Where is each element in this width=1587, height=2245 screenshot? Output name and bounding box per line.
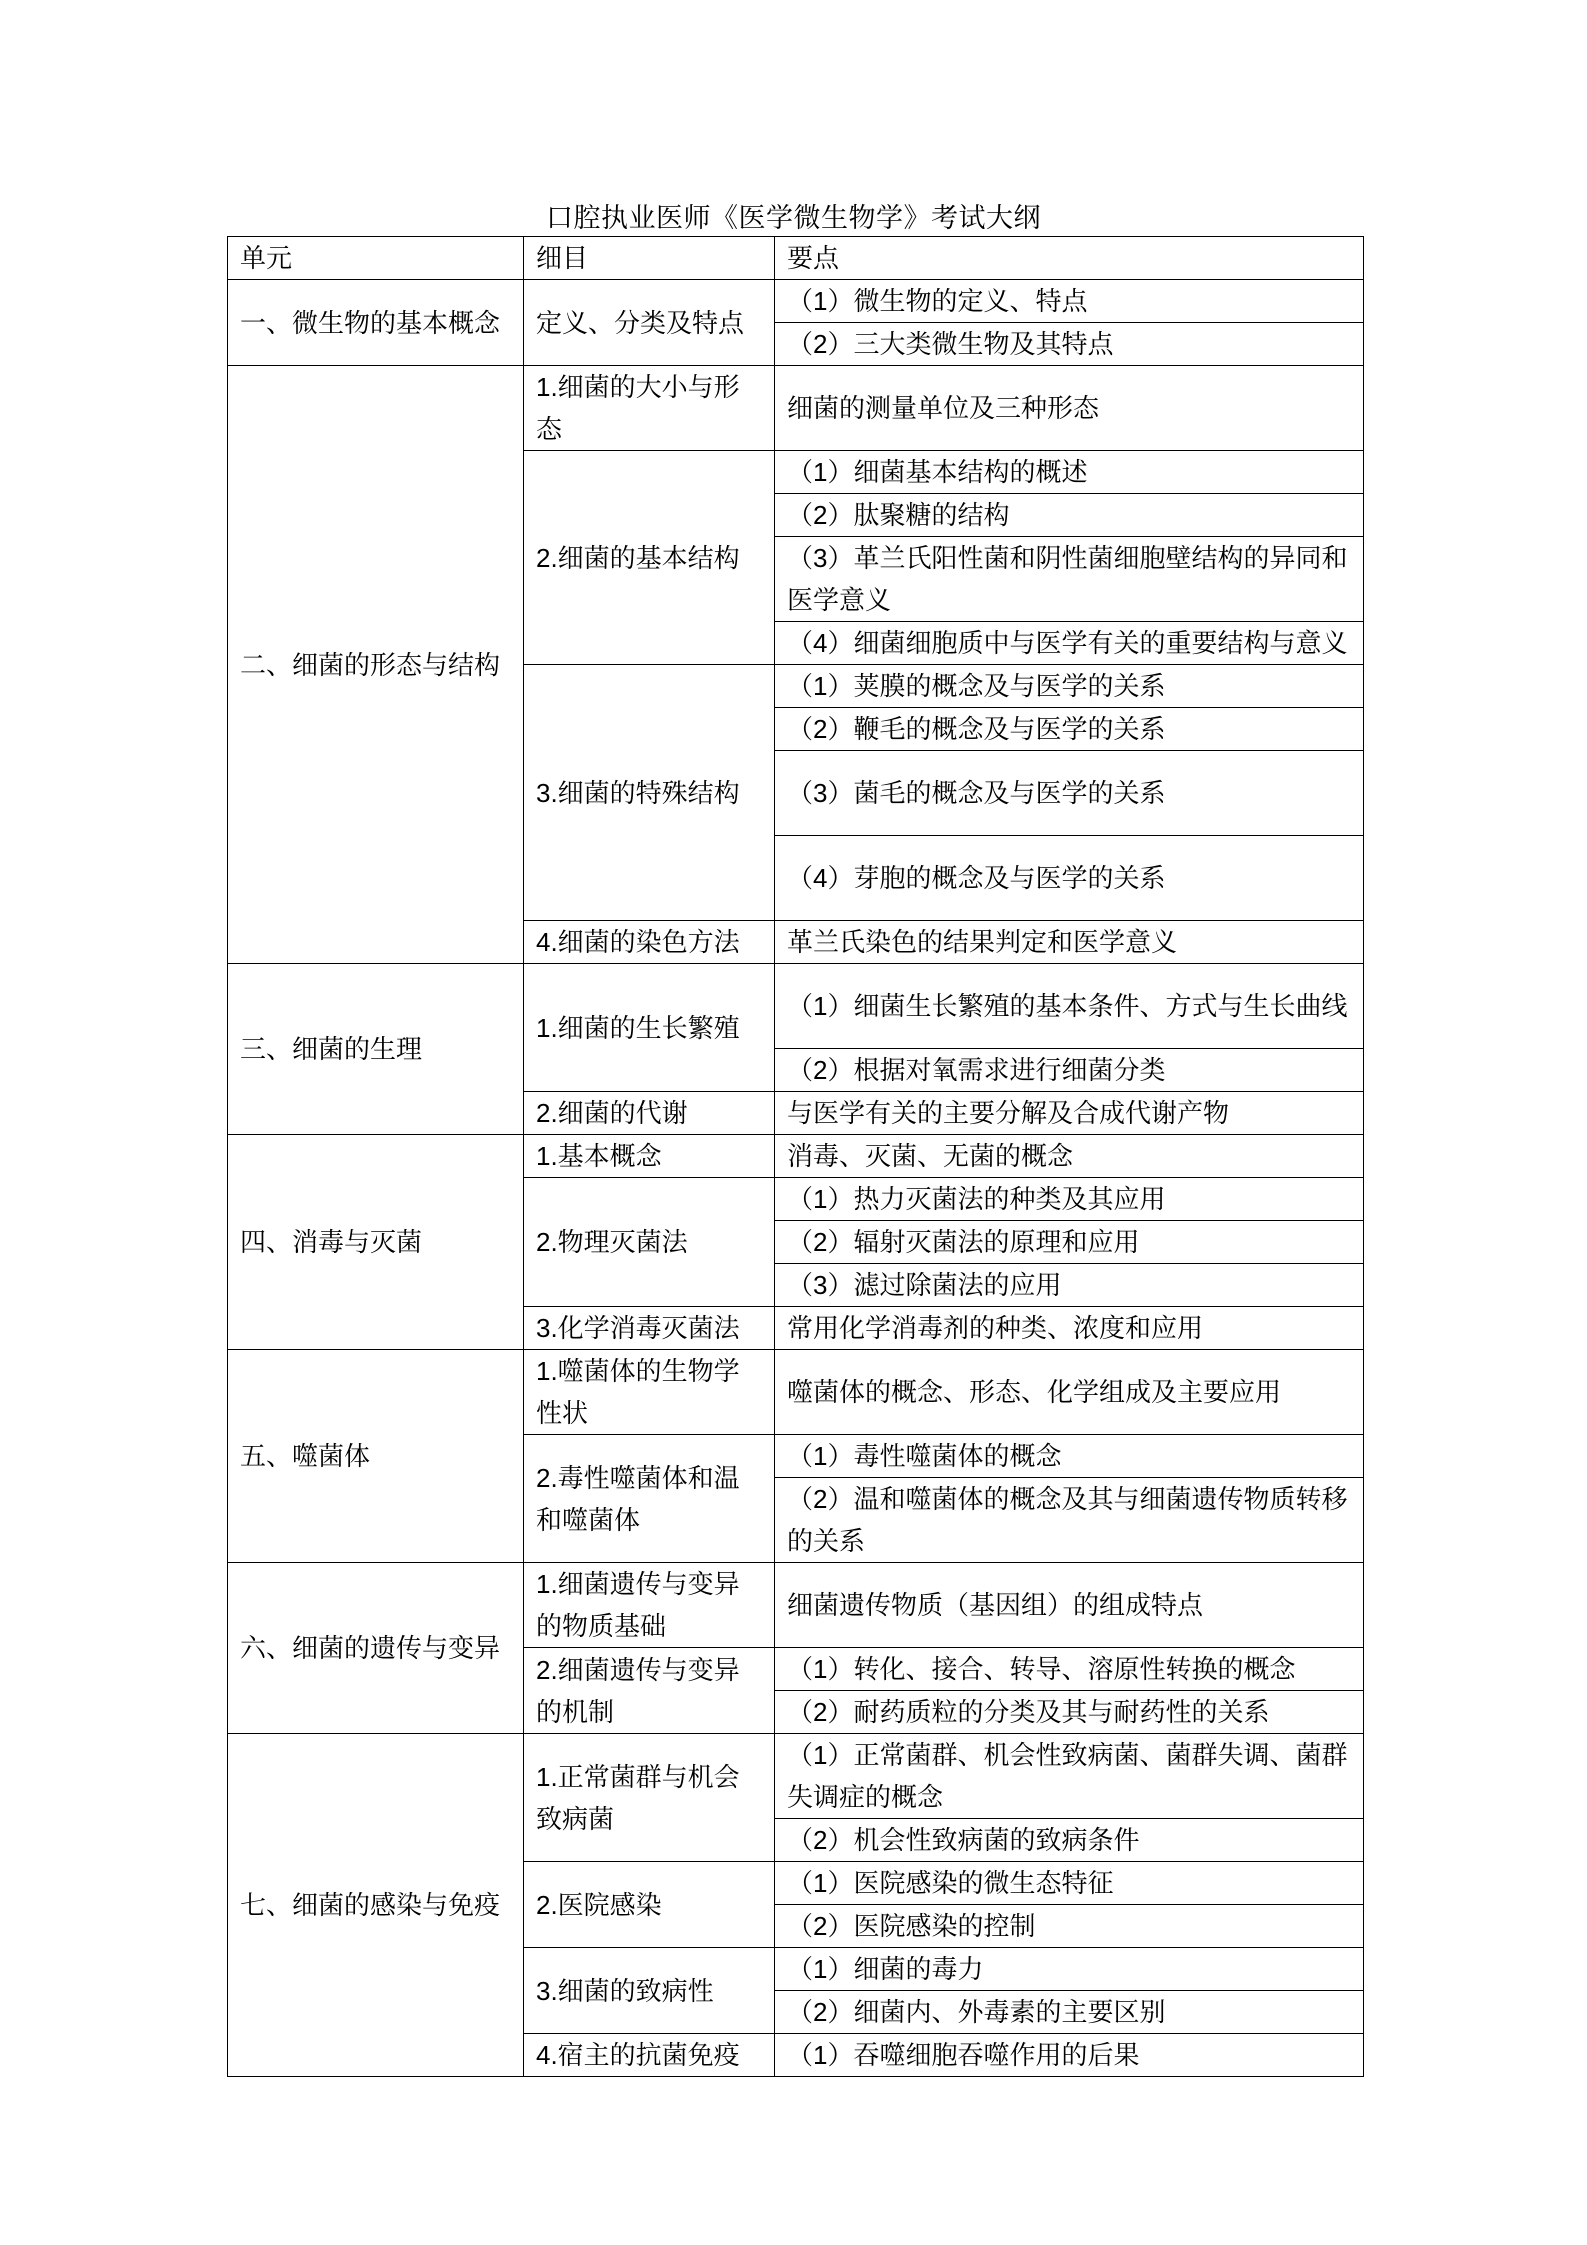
point-cell: （1）细菌的毒力 [775, 1948, 1364, 1991]
item-cell: 4.细菌的染色方法 [524, 921, 775, 964]
unit-cell: 三、细菌的生理 [228, 964, 524, 1135]
item-cell: 定义、分类及特点 [524, 280, 775, 366]
item-cell: 2.细菌遗传与变异的机制 [524, 1648, 775, 1734]
table-row: 四、消毒与灭菌1.基本概念消毒、灭菌、无菌的概念 [228, 1135, 1364, 1178]
point-cell: 细菌遗传物质（基因组）的组成特点 [775, 1563, 1364, 1648]
item-cell: 4.宿主的抗菌免疫 [524, 2034, 775, 2077]
header-unit: 单元 [228, 237, 524, 280]
item-cell: 2.物理灭菌法 [524, 1178, 775, 1307]
item-cell: 2.医院感染 [524, 1862, 775, 1948]
point-cell: （1）微生物的定义、特点 [775, 280, 1364, 323]
item-cell: 3.化学消毒灭菌法 [524, 1307, 775, 1350]
exam-outline-table: 单元 细目 要点 一、微生物的基本概念定义、分类及特点（1）微生物的定义、特点（… [227, 236, 1364, 2077]
point-cell: （2）耐药质粒的分类及其与耐药性的关系 [775, 1691, 1364, 1734]
unit-cell: 六、细菌的遗传与变异 [228, 1563, 524, 1734]
item-cell: 1.正常菌群与机会致病菌 [524, 1734, 775, 1862]
document-title: 口腔执业医师《医学微生物学》考试大纲 [0, 196, 1587, 235]
point-cell: 噬菌体的概念、形态、化学组成及主要应用 [775, 1350, 1364, 1435]
point-cell: 消毒、灭菌、无菌的概念 [775, 1135, 1364, 1178]
item-cell: 3.细菌的致病性 [524, 1948, 775, 2034]
unit-cell: 七、细菌的感染与免疫 [228, 1734, 524, 2077]
point-cell: （2）温和噬菌体的概念及其与细菌遗传物质转移的关系 [775, 1478, 1364, 1563]
table-row: 一、微生物的基本概念定义、分类及特点（1）微生物的定义、特点 [228, 280, 1364, 323]
point-cell: （2）三大类微生物及其特点 [775, 323, 1364, 366]
point-cell: （3）菌毛的概念及与医学的关系 [775, 751, 1364, 836]
point-cell: （1）热力灭菌法的种类及其应用 [775, 1178, 1364, 1221]
table-row: 七、细菌的感染与免疫1.正常菌群与机会致病菌（1）正常菌群、机会性致病菌、菌群失… [228, 1734, 1364, 1819]
item-cell: 3.细菌的特殊结构 [524, 665, 775, 921]
point-cell: （3）革兰氏阳性菌和阴性菌细胞壁结构的异同和医学意义 [775, 537, 1364, 622]
point-cell: （4）芽胞的概念及与医学的关系 [775, 836, 1364, 921]
header-point: 要点 [775, 237, 1364, 280]
point-cell: 常用化学消毒剂的种类、浓度和应用 [775, 1307, 1364, 1350]
table-row: 五、噬菌体1.噬菌体的生物学性状噬菌体的概念、形态、化学组成及主要应用 [228, 1350, 1364, 1435]
point-cell: （1）荚膜的概念及与医学的关系 [775, 665, 1364, 708]
point-cell: 与医学有关的主要分解及合成代谢产物 [775, 1092, 1364, 1135]
item-cell: 1.基本概念 [524, 1135, 775, 1178]
item-cell: 1.细菌的大小与形态 [524, 366, 775, 451]
point-cell: （2）鞭毛的概念及与医学的关系 [775, 708, 1364, 751]
point-cell: （1）细菌生长繁殖的基本条件、方式与生长曲线 [775, 964, 1364, 1049]
item-cell: 1.噬菌体的生物学性状 [524, 1350, 775, 1435]
point-cell: （1）转化、接合、转导、溶原性转换的概念 [775, 1648, 1364, 1691]
point-cell: （1）细菌基本结构的概述 [775, 451, 1364, 494]
item-cell: 2.细菌的代谢 [524, 1092, 775, 1135]
point-cell: （4）细菌细胞质中与医学有关的重要结构与意义 [775, 622, 1364, 665]
point-cell: （2）医院感染的控制 [775, 1905, 1364, 1948]
table-row: 六、细菌的遗传与变异1.细菌遗传与变异的物质基础细菌遗传物质（基因组）的组成特点 [228, 1563, 1364, 1648]
point-cell: （2）根据对氧需求进行细菌分类 [775, 1049, 1364, 1092]
item-cell: 2.细菌的基本结构 [524, 451, 775, 665]
point-cell: （1）吞噬细胞吞噬作用的后果 [775, 2034, 1364, 2077]
point-cell: （2）辐射灭菌法的原理和应用 [775, 1221, 1364, 1264]
item-cell: 2.毒性噬菌体和温和噬菌体 [524, 1435, 775, 1563]
header-item: 细目 [524, 237, 775, 280]
point-cell: （2）肽聚糖的结构 [775, 494, 1364, 537]
point-cell: （2）机会性致病菌的致病条件 [775, 1819, 1364, 1862]
unit-cell: 五、噬菌体 [228, 1350, 524, 1563]
table-row: 二、细菌的形态与结构1.细菌的大小与形态细菌的测量单位及三种形态 [228, 366, 1364, 451]
table-header-row: 单元 细目 要点 [228, 237, 1364, 280]
point-cell: 细菌的测量单位及三种形态 [775, 366, 1364, 451]
unit-cell: 四、消毒与灭菌 [228, 1135, 524, 1350]
item-cell: 1.细菌遗传与变异的物质基础 [524, 1563, 775, 1648]
point-cell: 革兰氏染色的结果判定和医学意义 [775, 921, 1364, 964]
unit-cell: 二、细菌的形态与结构 [228, 366, 524, 964]
point-cell: （1）医院感染的微生态特征 [775, 1862, 1364, 1905]
point-cell: （2）细菌内、外毒素的主要区别 [775, 1991, 1364, 2034]
unit-cell: 一、微生物的基本概念 [228, 280, 524, 366]
table-row: 三、细菌的生理1.细菌的生长繁殖（1）细菌生长繁殖的基本条件、方式与生长曲线 [228, 964, 1364, 1049]
point-cell: （1）正常菌群、机会性致病菌、菌群失调、菌群失调症的概念 [775, 1734, 1364, 1819]
point-cell: （1）毒性噬菌体的概念 [775, 1435, 1364, 1478]
point-cell: （3）滤过除菌法的应用 [775, 1264, 1364, 1307]
item-cell: 1.细菌的生长繁殖 [524, 964, 775, 1092]
